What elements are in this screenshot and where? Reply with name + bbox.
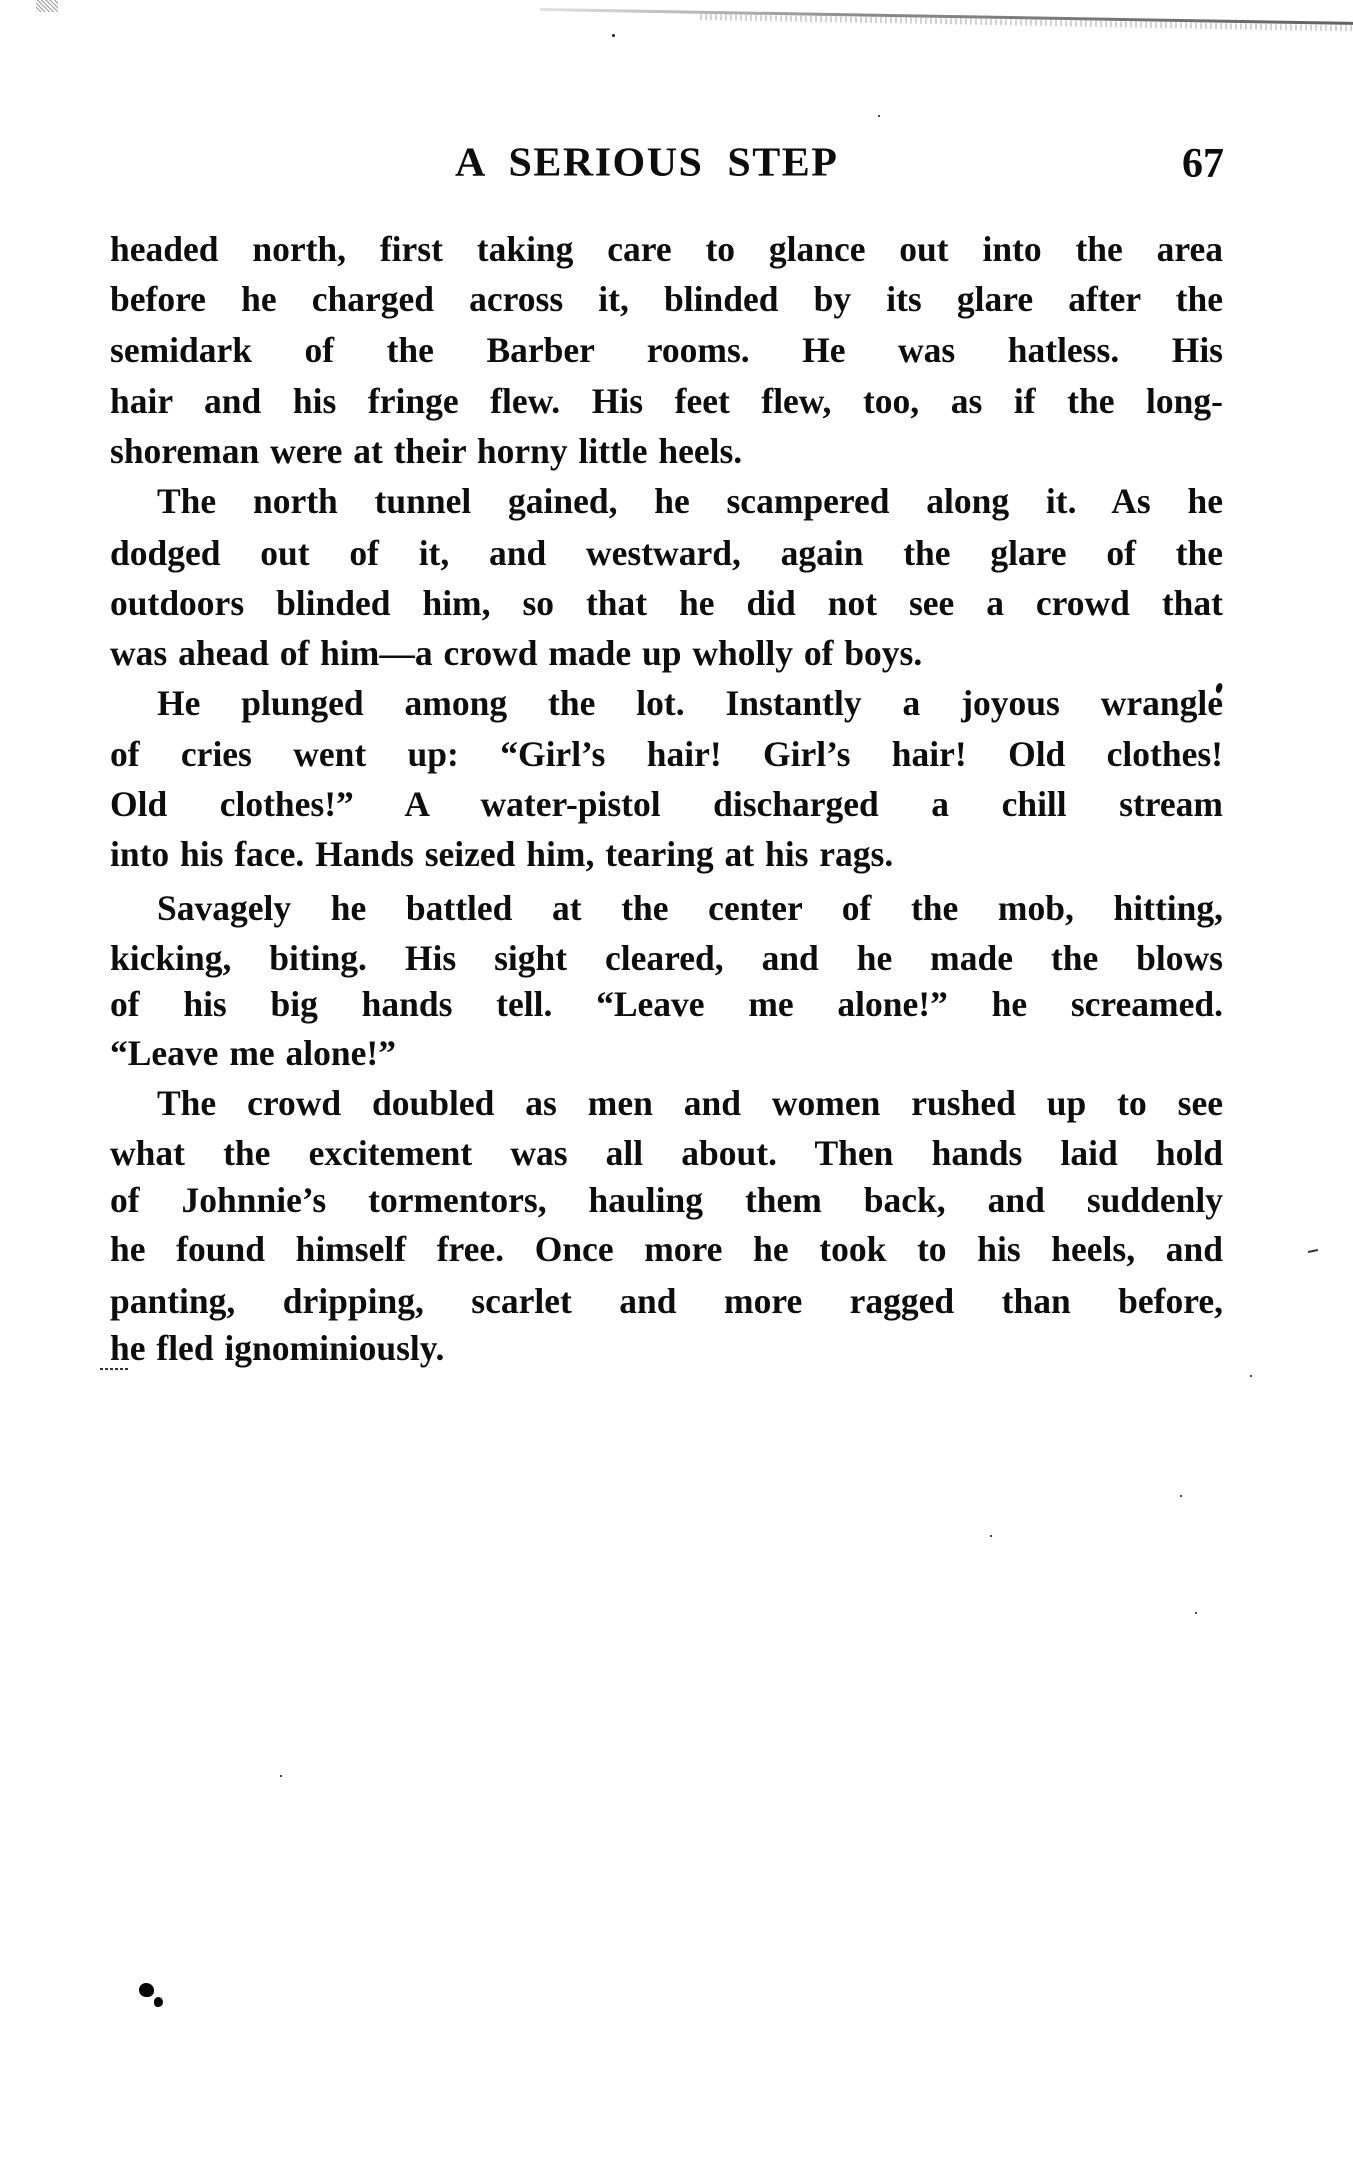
- text-line: of his big hands tell. “Leave me alone!”…: [110, 979, 1223, 1029]
- text-line: dodged out of it, and westward, again th…: [110, 528, 1223, 578]
- text-line: Savagely he battled at the center of the…: [157, 883, 1223, 933]
- ink-smudge: [100, 1368, 130, 1370]
- ink-blot: [154, 1997, 163, 2007]
- dust-speck: [280, 1775, 282, 1777]
- text-line: was ahead of him—a crowd made up wholly …: [110, 628, 1223, 678]
- text-line: The north tunnel gained, he scampered al…: [157, 476, 1223, 526]
- text-line: hair and his fringe flew. His feet flew,…: [110, 376, 1223, 426]
- page-number: 67: [1178, 139, 1224, 189]
- text-line: semidark of the Barber rooms. He was hat…: [110, 325, 1223, 375]
- running-header-title: A SERIOUS STEP: [455, 139, 838, 188]
- text-line: panting, dripping, scarlet and more ragg…: [110, 1276, 1223, 1326]
- ink-blot: [139, 1983, 154, 1997]
- book-page: A SERIOUS STEP 67 headed north, first ta…: [0, 0, 1353, 2172]
- text-line: headed north, first taking care to glanc…: [110, 224, 1223, 274]
- text-line: into his face. Hands seized him, tearing…: [110, 829, 1223, 879]
- text-line: outdoors blinded him, so that he did not…: [110, 578, 1223, 628]
- dust-speck: [1195, 1612, 1197, 1614]
- text-line: “Leave me alone!”: [110, 1028, 1223, 1078]
- text-line: shoreman were at their horny little heel…: [110, 426, 1223, 476]
- text-line: what the excitement was all about. Then …: [110, 1128, 1223, 1178]
- text-line: Old clothes!” A water-pistol discharged …: [110, 779, 1223, 829]
- text-line: before he charged across it, blinded by …: [110, 274, 1223, 324]
- dust-speck: [990, 1535, 992, 1537]
- text-line: of Johnnie’s tormentors, hauling them ba…: [110, 1175, 1223, 1225]
- text-line: he found himself free. Once more he took…: [110, 1224, 1223, 1274]
- dust-speck: [1250, 1375, 1252, 1377]
- dust-speck: [1180, 1495, 1182, 1497]
- text-line: kicking, biting. His sight cleared, and …: [110, 933, 1223, 983]
- text-line: he fled ignominiously.: [110, 1323, 1223, 1373]
- text-line: of cries went up: “Girl’s hair! Girl’s h…: [110, 729, 1223, 779]
- dust-speck: [878, 115, 880, 117]
- scan-noise: [36, 0, 58, 12]
- margin-mark: [1308, 1249, 1318, 1253]
- dust-speck: [612, 34, 615, 37]
- text-line: He plunged among the lot. Instantly a jo…: [157, 678, 1223, 728]
- text-line: The crowd doubled as men and women rushe…: [157, 1078, 1223, 1128]
